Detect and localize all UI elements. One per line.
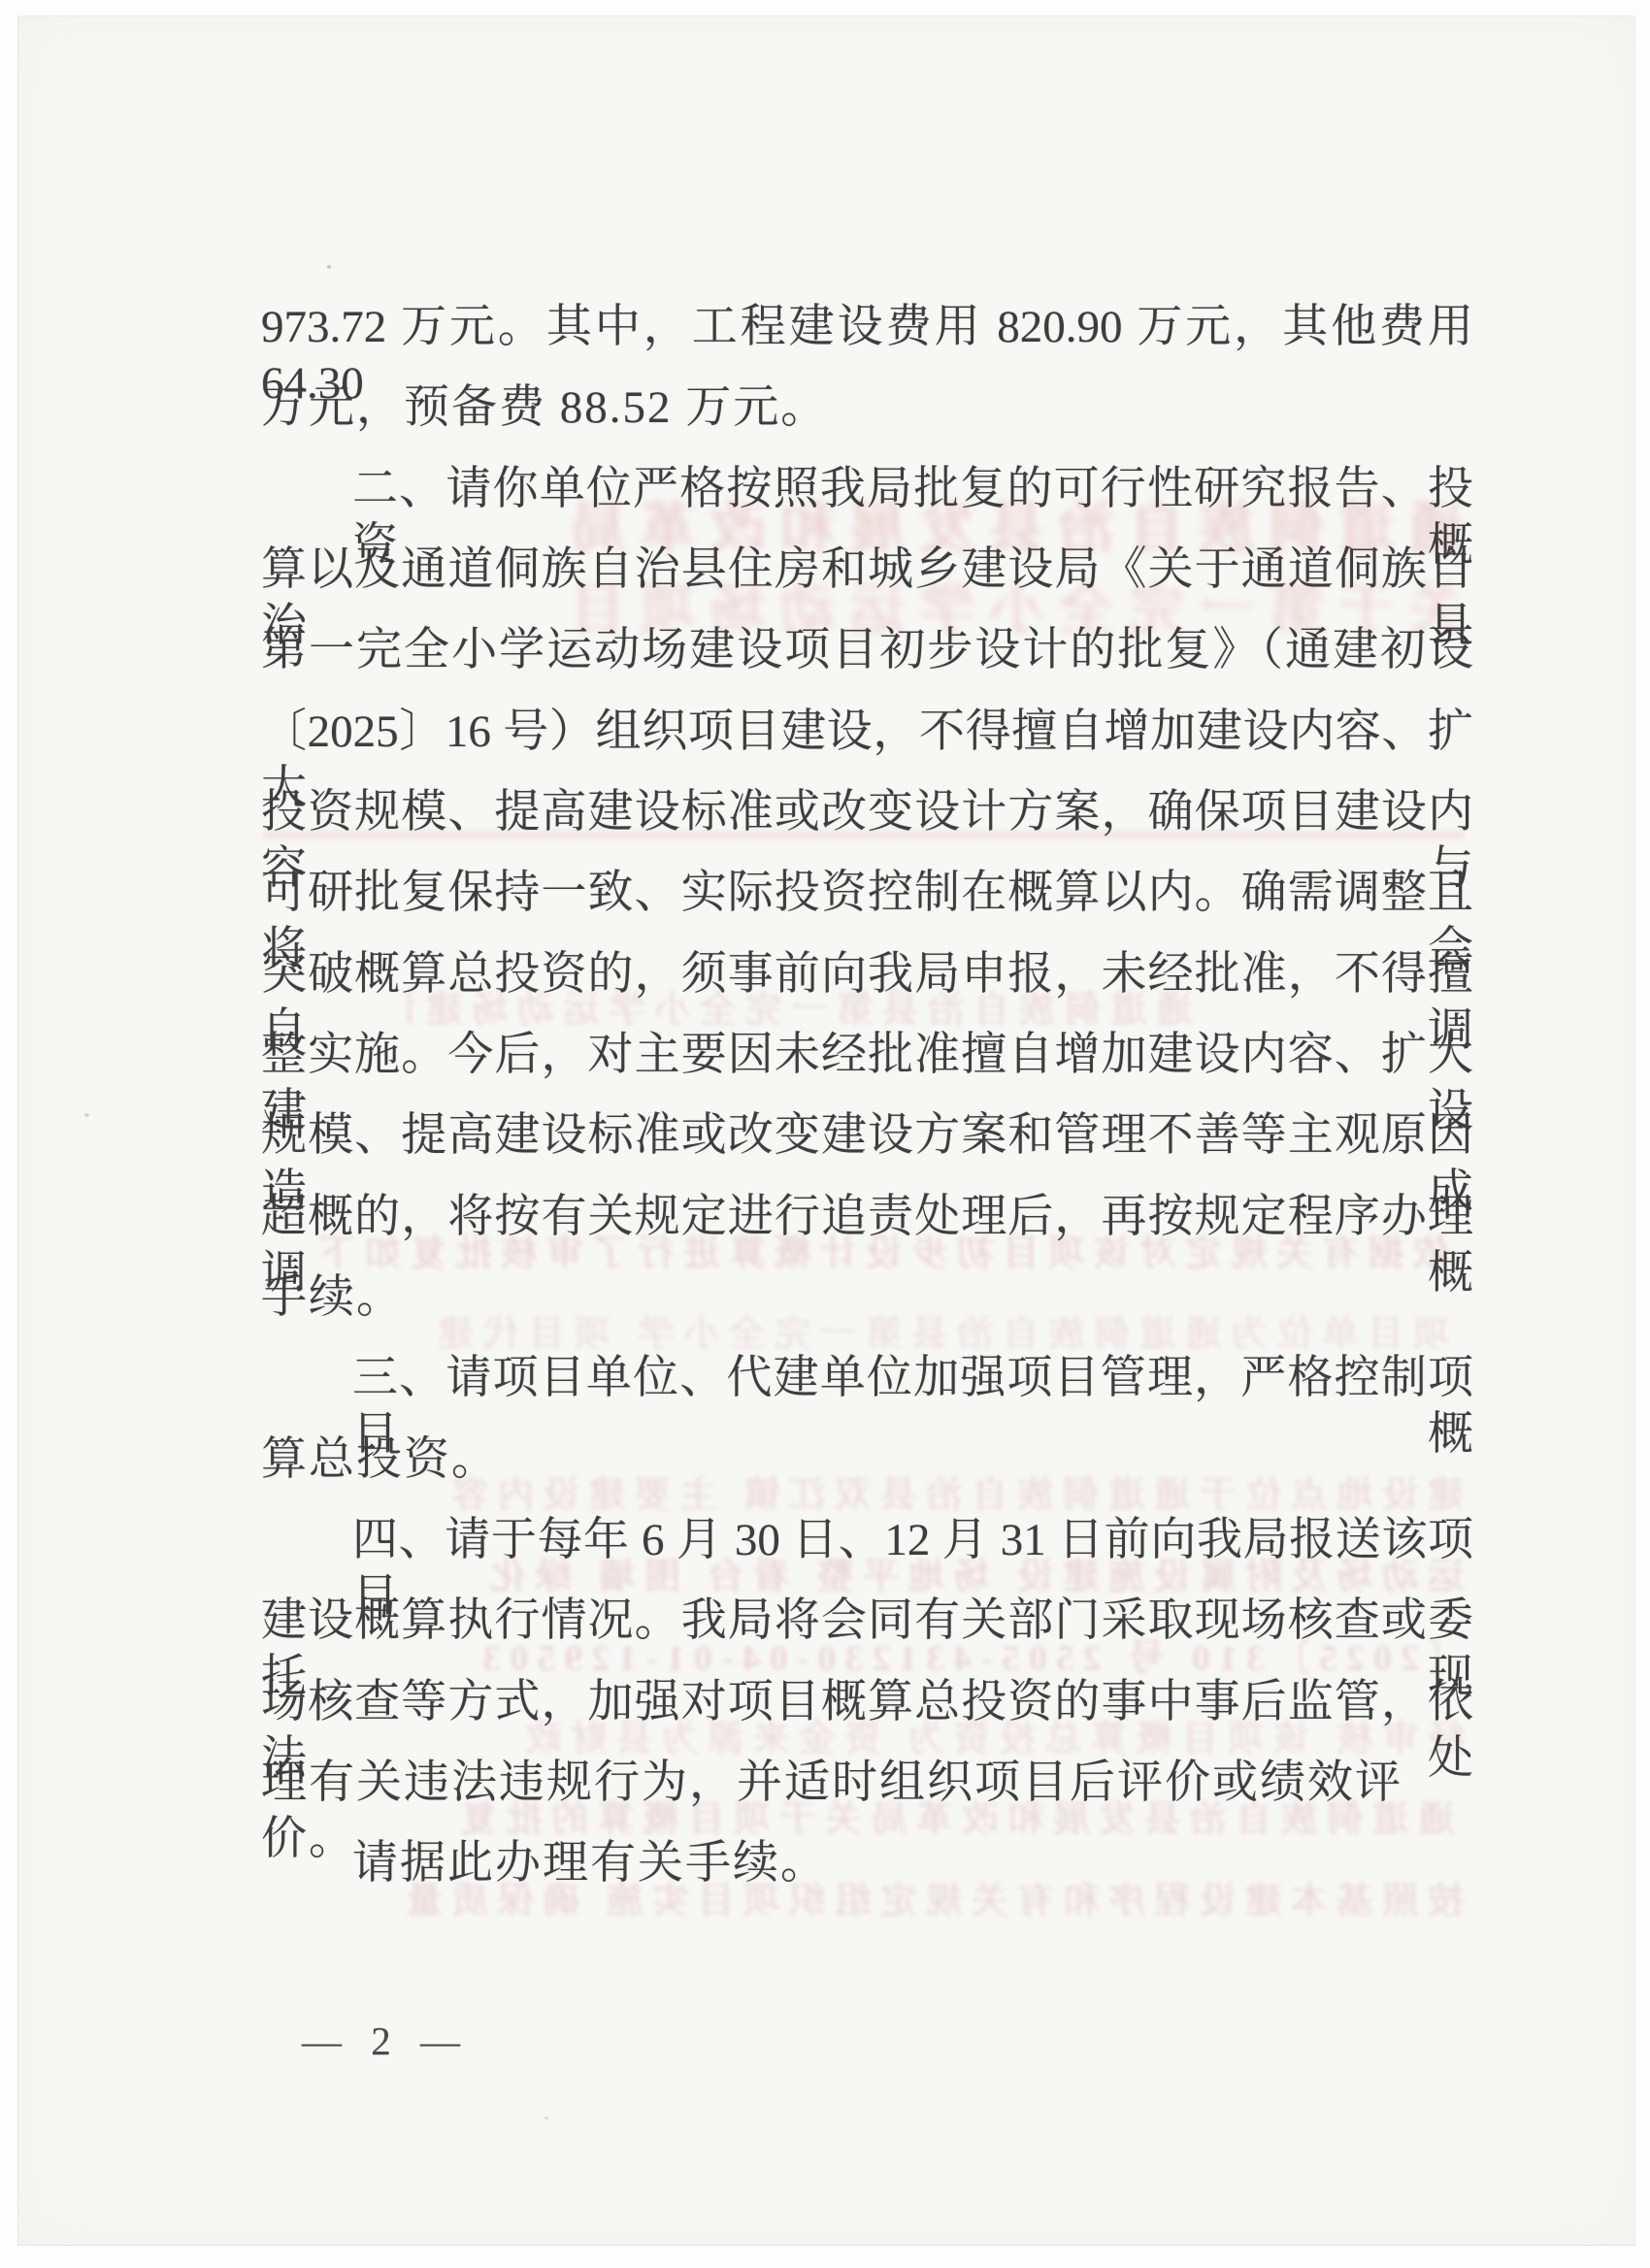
body-line: 算总投资。 [261,1431,1473,1488]
body-line: 第一完全小学运动场建设项目初步设计的批复》（通建初设 [261,622,1473,678]
body-line: 请据此办理有关手续。 [261,1835,1473,1891]
scan-background: { "doc": { "lines": [ "973.72 万元。其中，工程建设… [0,0,1650,2268]
scan-speck [327,265,331,269]
page-number: — 2 — [302,2018,470,2064]
scanned-page: 通道侗族自治县发展和改革局 关于第一完全小学运动场项目 通道侗族自治县第一完全小… [17,16,1635,2246]
scan-speck [544,2117,548,2120]
body-line: 万元，预备费 88.52 万元。 [261,379,1473,436]
body-line: 手续。 [261,1269,1473,1326]
scan-speck [84,1113,89,1117]
